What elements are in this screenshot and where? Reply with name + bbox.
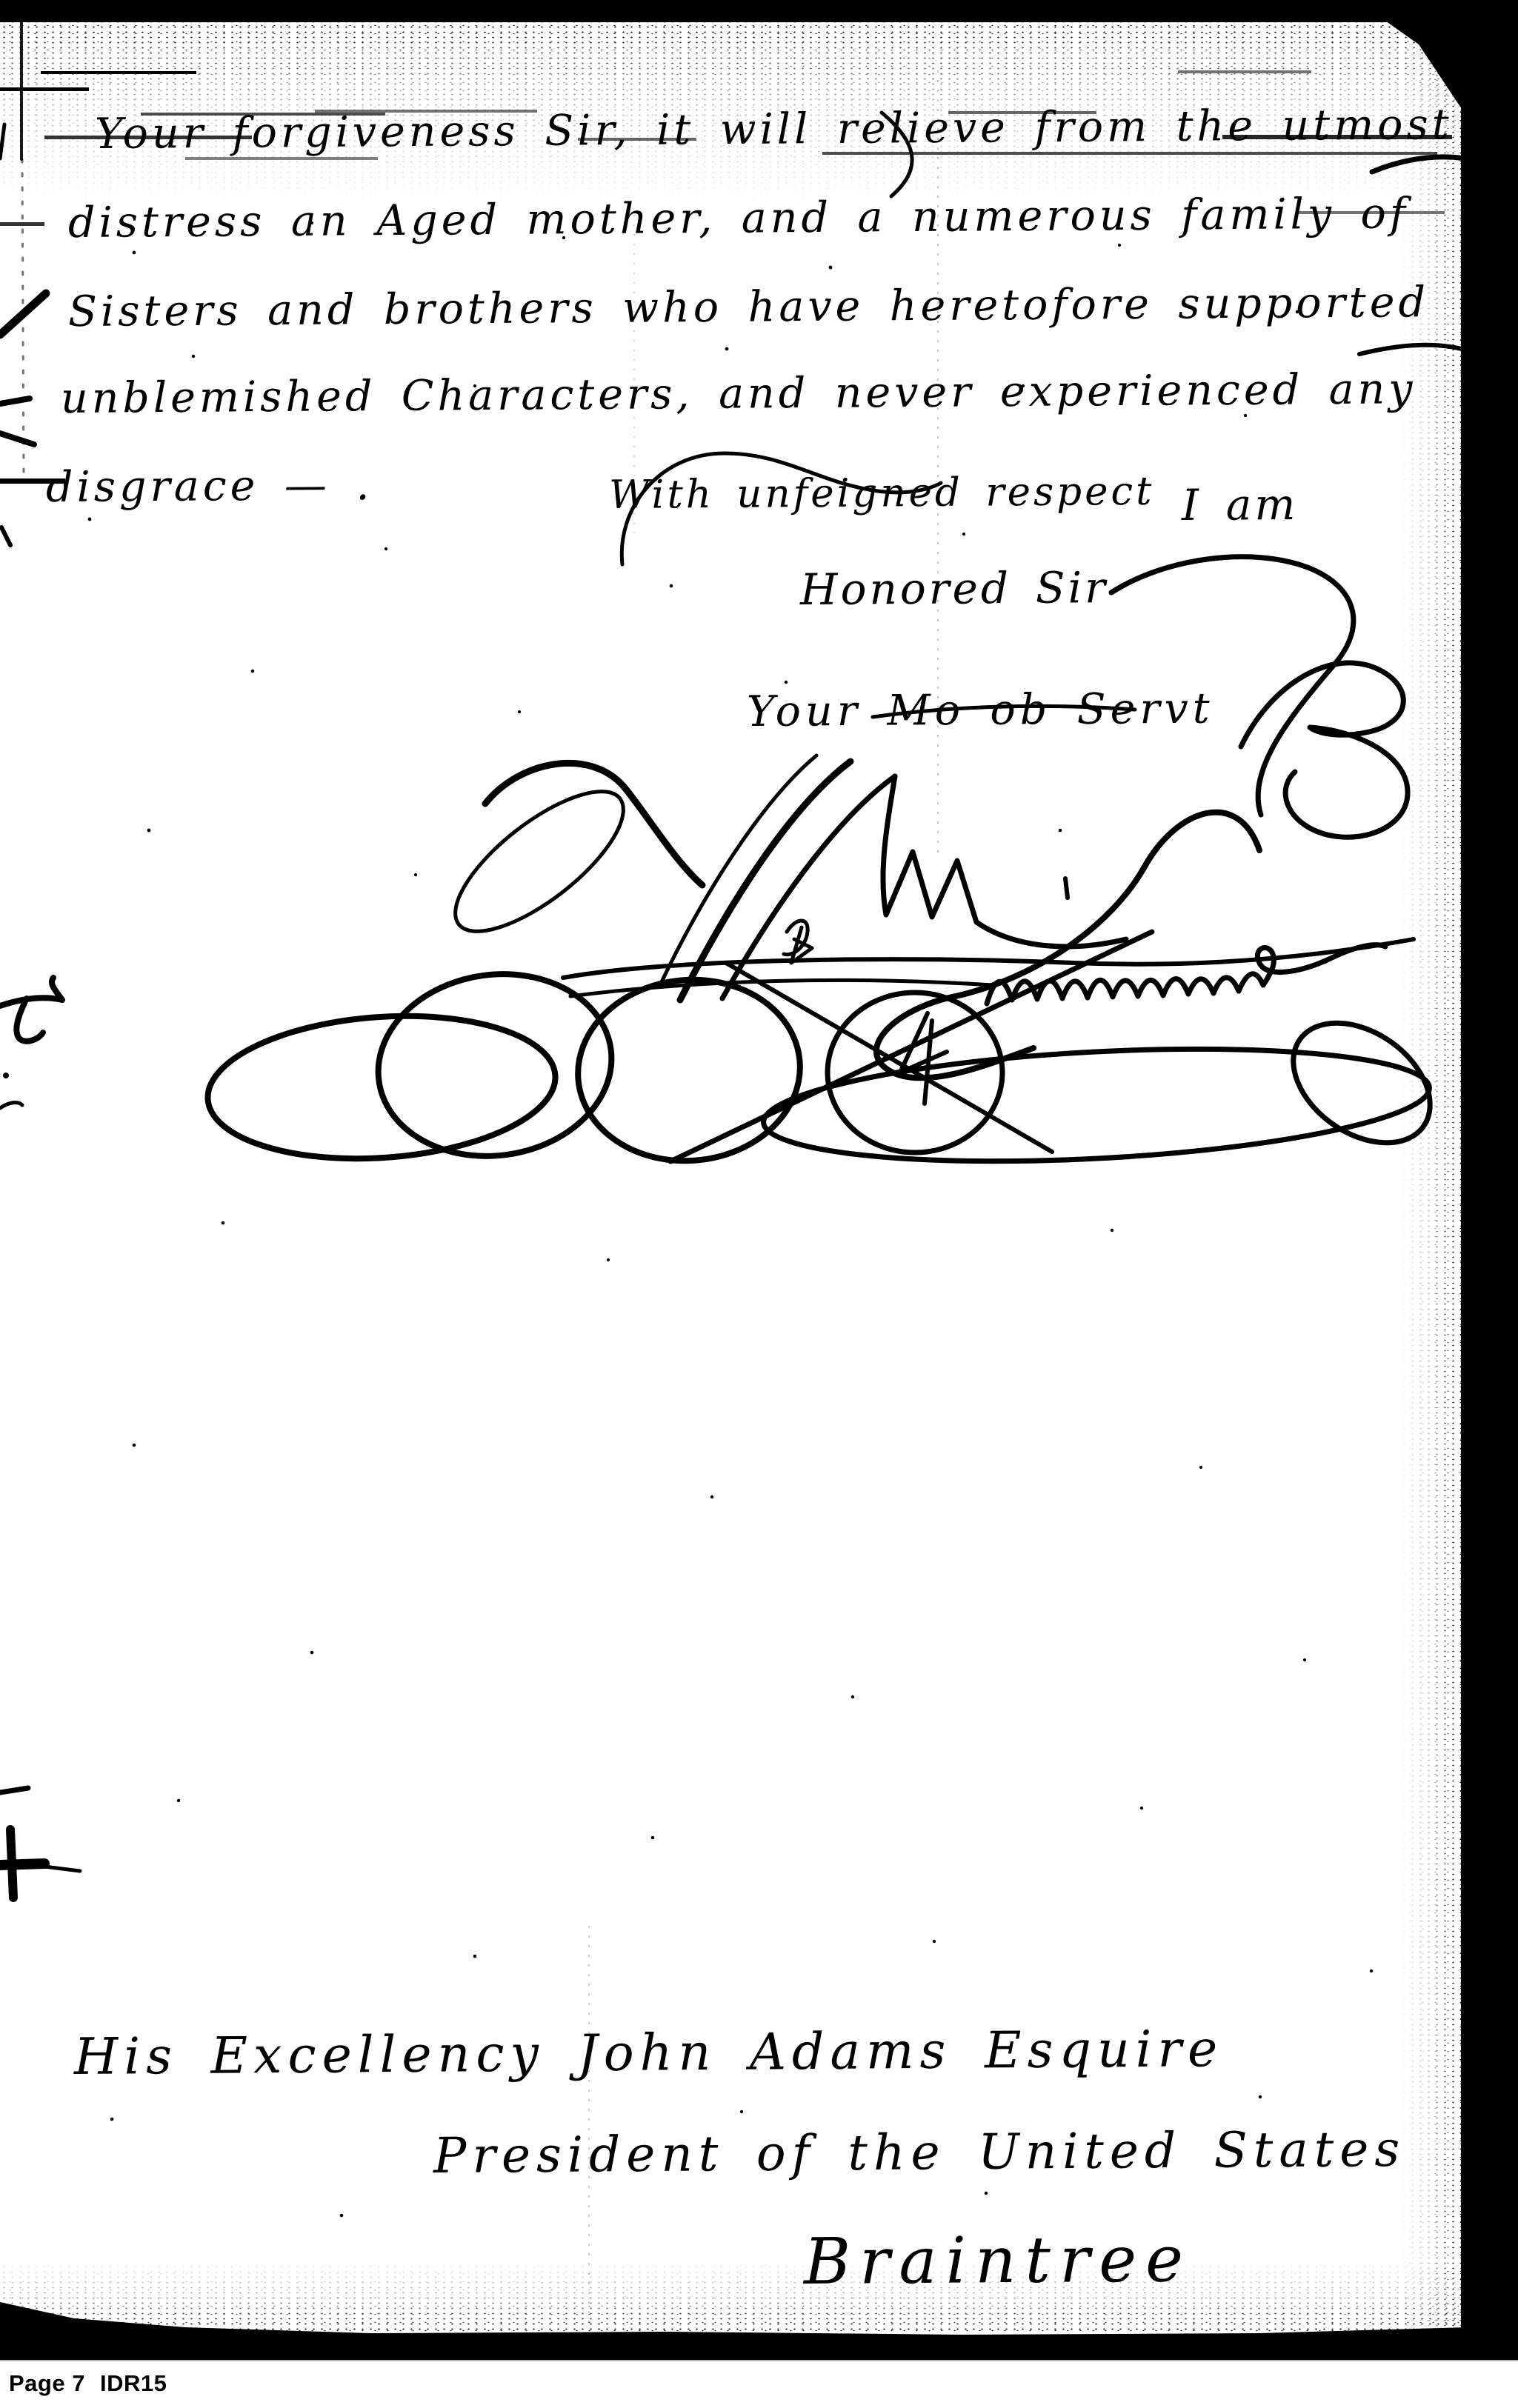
left-margin-artifacts [0,21,80,1898]
signature-flourish: Wm Simmons [203,756,1453,1175]
scan-edge-shapes [0,0,1518,2360]
page-number-label: Page 7 [9,2370,85,2397]
line-flourishes [622,113,1498,837]
handwriting-flourishes: Wm Simmons [0,0,1518,2408]
doc-id-label: IDR15 [100,2370,167,2397]
fold-crease-lines [589,70,938,2326]
page-footer-label: Page 7IDR15 [9,2370,167,2397]
scan-footer-strip [0,2360,1518,2408]
scanned-letter-page: Your forgiveness Sir, it will relieve fr… [0,0,1518,2408]
